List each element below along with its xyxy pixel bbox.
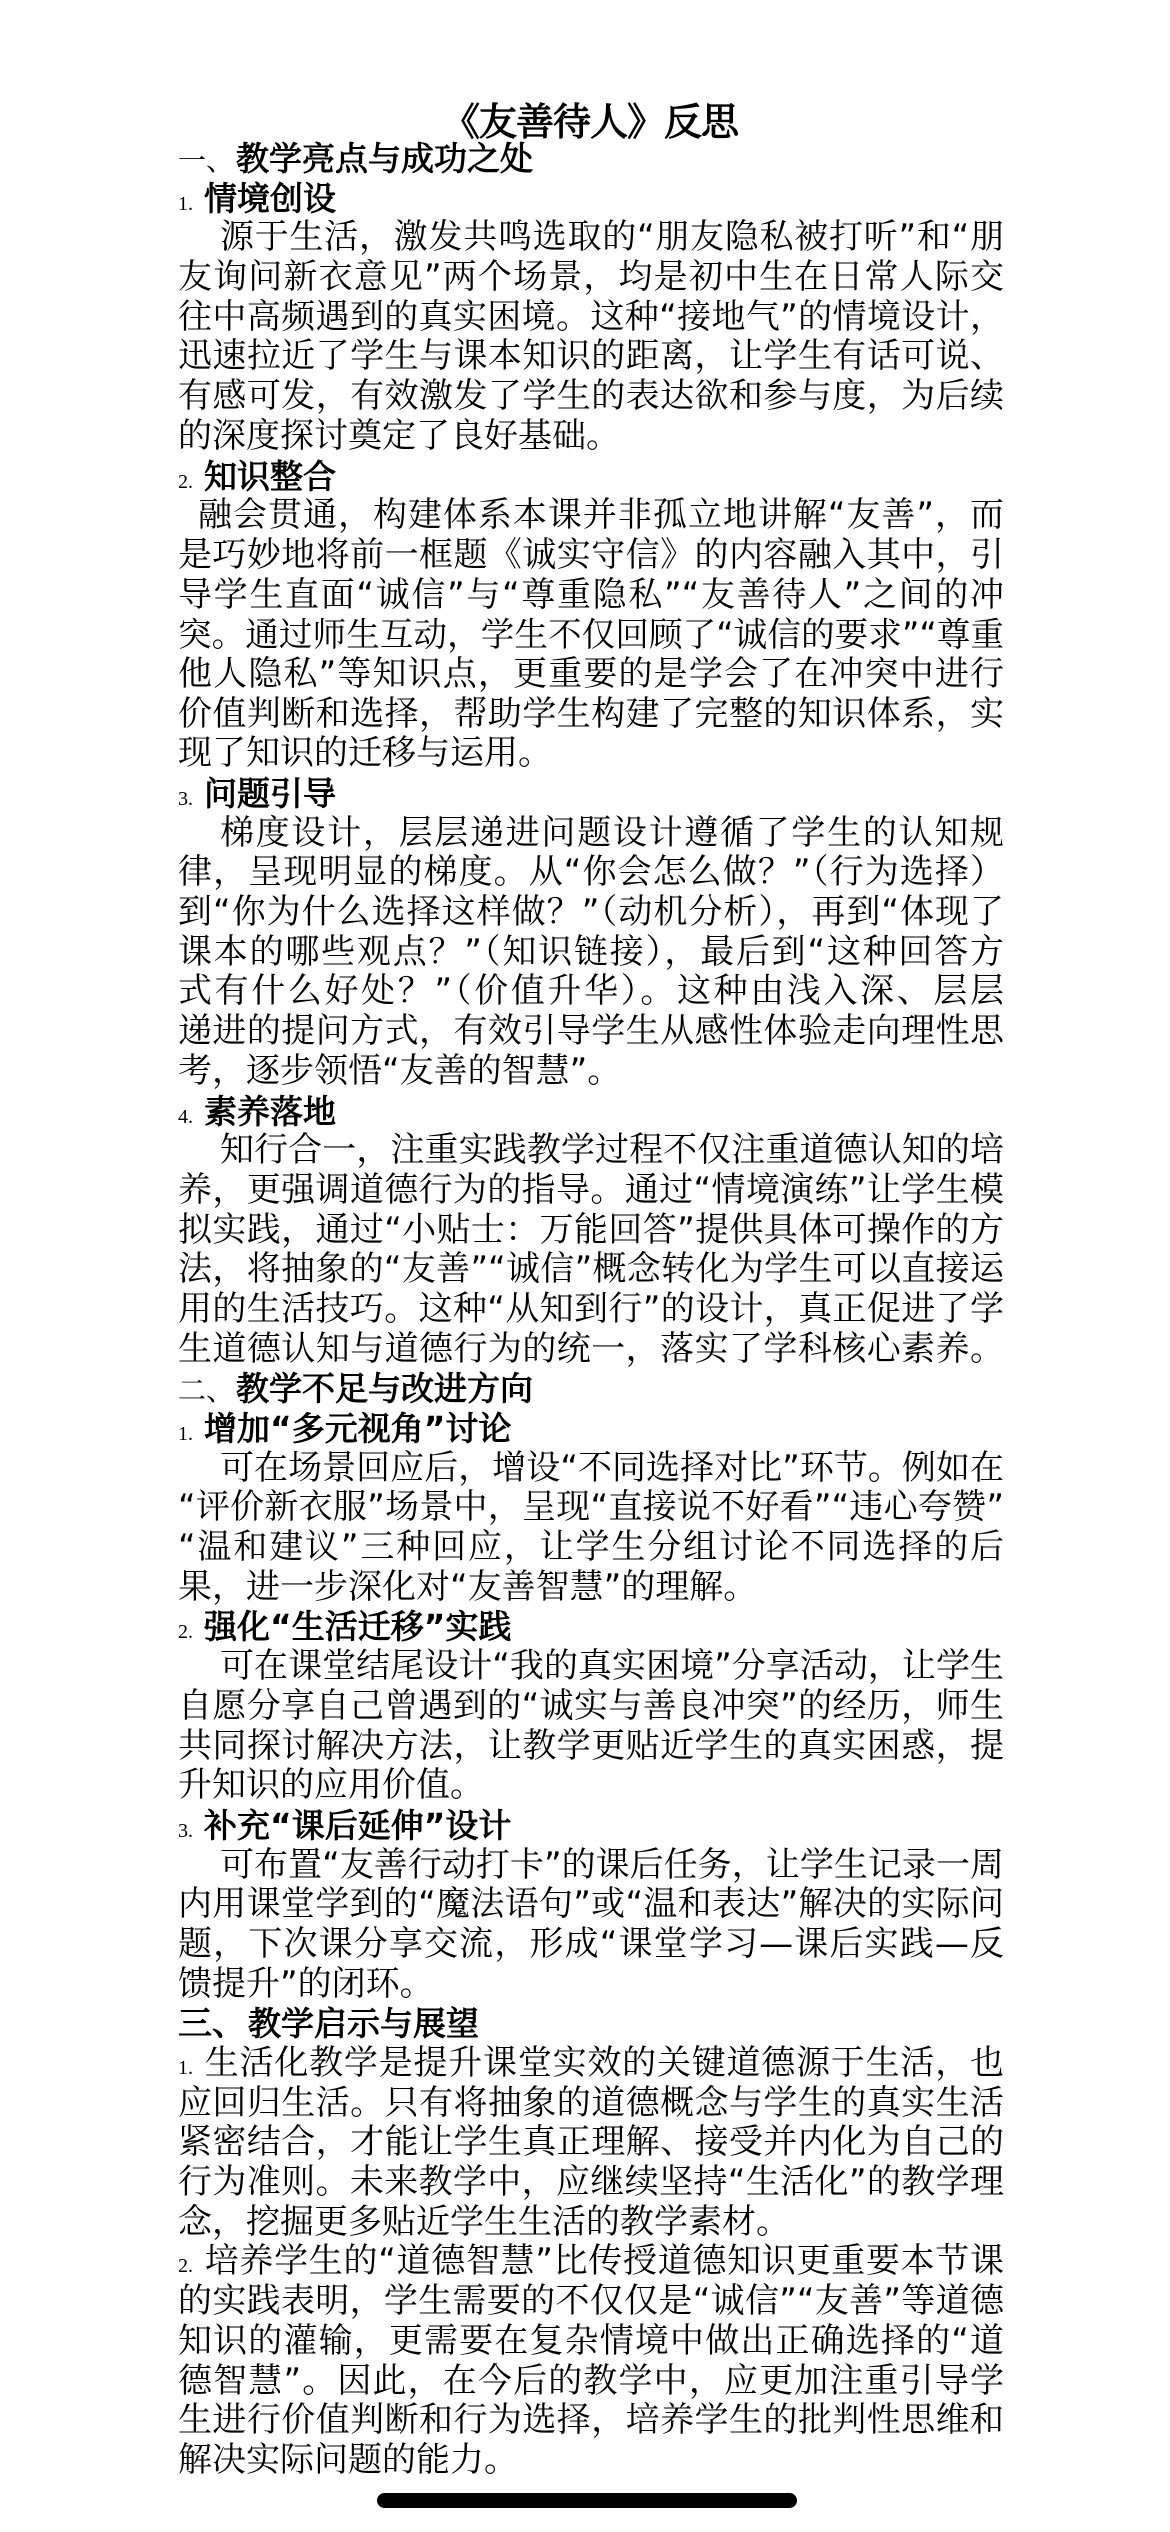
paragraph-line: 融会贯通，构建体系本课并非孤立地讲解“友善”，而 (178, 496, 1004, 536)
paragraph-line: 念，挖掘更多贴近学生生活的教学素材。 (178, 2203, 1004, 2243)
paragraph-line: 自愿分享自己曾遇到的“诚实与善良冲突”的经历，师生 (178, 1687, 1004, 1727)
item-title: 补充“课后延伸”设计 (204, 1806, 511, 1845)
paragraph-line: 突。通过师生互动，学生不仅回顾了“诚信的要求”“尊重 (178, 615, 1004, 655)
item-title: 强化“生活迁移”实践 (204, 1607, 511, 1646)
item-title: 知识整合 (204, 457, 336, 496)
item-heading-1-3: 3.问题引导 (178, 774, 1004, 814)
paragraph-line: 德智慧”。因此，在今后的教学中，应更加注重引导学 (178, 2362, 1004, 2402)
paragraph-line: 现了知识的迁移与运用。 (178, 734, 1004, 774)
paragraph-line: 他人隐私”等知识点，更重要的是学会了在冲突中进行 (178, 655, 1004, 695)
paragraph-line: 馈提升”的闭环。 (178, 1965, 1004, 2005)
paragraph-line: 迅速拉近了学生与课本知识的距离，让学生有话可说、 (178, 337, 1004, 377)
section-heading-3: 三、教学启示与展望 (178, 2004, 1004, 2044)
document-title: 《友善待人》反思 (0, 100, 1170, 144)
item-number: 1. (178, 185, 204, 225)
paragraph-line: 升知识的应用价值。 (178, 1766, 1004, 1806)
paragraph-line: 应回归生活。只有将抽象的道德概念与学生的真实生活 (178, 2084, 1004, 2124)
paragraph-line: 知行合一，注重实践教学过程不仅注重道德认知的培 (178, 1131, 1004, 1171)
section-title: 教学亮点与成功之处 (236, 139, 533, 178)
paragraph-line: 紧密结合，才能让学生真正理解、接受并内化为自己的 (178, 2123, 1004, 2163)
paragraph-line: 导学生直面“诚信”与“尊重隐私”“友善待人”之间的冲 (178, 576, 1004, 616)
item-number: 2. (178, 1613, 204, 1653)
paragraph-line: 用的生活技巧。这种“从知到行”的设计，真正促进了学 (178, 1290, 1004, 1330)
item-heading-1-1: 1.情境创设 (178, 179, 1004, 219)
paragraph-line: “评价新衣服”场景中，呈现“直接说不好看”“违心夸赞” (178, 1488, 1004, 1528)
paragraph-line: 式有什么好处？”（价值升华）。这种由浅入深、层层 (178, 972, 1004, 1012)
item-heading-2-1: 1.增加“多元视角”讨论 (178, 1409, 1004, 1449)
paragraph-line: 递进的提问方式，有效引导学生从感性体验走向理性思 (178, 1012, 1004, 1052)
item-heading-1-4: 4.素养落地 (178, 1092, 1004, 1132)
paragraph-line: 考，逐步领悟“友善的智慧”。 (178, 1052, 1004, 1092)
home-indicator[interactable] (377, 2493, 797, 2508)
section-number: 三、 (178, 2004, 246, 2044)
paragraph-line: 生道德认知与道德行为的统一，落实了学科核心素养。 (178, 1330, 1004, 1370)
item-heading-2-3: 3.补充“课后延伸”设计 (178, 1806, 1004, 1846)
paragraph-line: 律，呈现明显的梯度。从“你会怎么做？”（行为选择） (178, 853, 1004, 893)
paragraph-line: 梯度设计，层层递进问题设计遵循了学生的认知规 (178, 814, 1004, 854)
section-number: 二、 (178, 1374, 234, 1407)
paragraph-line: 共同探讨解决方法，让教学更贴近学生的真实困惑，提 (178, 1727, 1004, 1767)
point-text: 培养学生的“道德智慧”比传授道德知识更重要本节课 (204, 2241, 1004, 2281)
paragraph-line: 价值判断和选择，帮助学生构建了完整的知识体系，实 (178, 695, 1004, 735)
item-title: 增加“多元视角”讨论 (204, 1409, 511, 1448)
section-title: 教学启示与展望 (248, 2004, 479, 2043)
paragraph-line: 源于生活，激发共鸣选取的“朋友隐私被打听”和“朋 (178, 218, 1004, 258)
paragraph-line: 友询问新衣意见”两个场景，均是初中生在日常人际交 (178, 258, 1004, 298)
paragraph-line: 课本的哪些观点？”（知识链接），最后到“这种回答方 (178, 933, 1004, 973)
item-number: 1. (178, 1415, 204, 1455)
item-title: 情境创设 (204, 179, 336, 218)
paragraph-line: 往中高频遇到的真实困境。这种“接地气”的情境设计， (178, 298, 1004, 338)
paragraph-line: 到“你为什么选择这样做？”（动机分析），再到“体现了 (178, 893, 1004, 933)
point-line: 2.培养学生的“道德智慧”比传授道德知识更重要本节课 (178, 2242, 1004, 2282)
document-body: 一、教学亮点与成功之处 1.情境创设 源于生活，激发共鸣选取的“朋友隐私被打听”… (178, 139, 1004, 2481)
paragraph-line: 知识的灌输，更需要在复杂情境中做出正确选择的“道 (178, 2322, 1004, 2362)
point-line: 1.生活化教学是提升课堂实效的关键道德源于生活，也 (178, 2044, 1004, 2084)
item-heading-1-2: 2.知识整合 (178, 457, 1004, 497)
item-number: 3. (178, 780, 204, 820)
paragraph-line: 内用课堂学到的“魔法语句”或“温和表达”解决的实际问 (178, 1885, 1004, 1925)
section-number: 一、 (178, 144, 234, 177)
item-title: 问题引导 (204, 774, 336, 813)
paragraph-line: 的实践表明，学生需要的不仅仅是“诚信”“友善”等道德 (178, 2282, 1004, 2322)
item-heading-2-2: 2.强化“生活迁移”实践 (178, 1607, 1004, 1647)
paragraph-line: 是巧妙地将前一框题《诚实守信》的内容融入其中，引 (178, 536, 1004, 576)
paragraph-line: 解决实际问题的能力。 (178, 2441, 1004, 2481)
section-heading-1: 一、教学亮点与成功之处 (178, 139, 1004, 179)
paragraph-line: 题，下次课分享交流，形成“课堂学习—课后实践—反 (178, 1925, 1004, 1965)
section-title: 教学不足与改进方向 (236, 1369, 533, 1408)
section-heading-2: 二、教学不足与改进方向 (178, 1369, 1004, 1409)
paragraph-line: 有感可发，有效激发了学生的表达欲和参与度，为后续 (178, 377, 1004, 417)
point-text: 生活化教学是提升课堂实效的关键道德源于生活，也 (204, 2043, 1004, 2083)
paragraph-line: 果，进一步深化对“友善智慧”的理解。 (178, 1568, 1004, 1608)
paragraph-line: 行为准则。未来教学中，应继续坚持“生活化”的教学理 (178, 2163, 1004, 2203)
paragraph-line: 法，将抽象的“友善”“诚信”概念转化为学生可以直接运 (178, 1250, 1004, 1290)
paragraph-line: 可布置“友善行动打卡”的课后任务，让学生记录一周 (178, 1846, 1004, 1886)
paragraph-line: “温和建议”三种回应，让学生分组讨论不同选择的后 (178, 1528, 1004, 1568)
paragraph-line: 的深度探讨奠定了良好基础。 (178, 417, 1004, 457)
paragraph-line: 可在场景回应后，增设“不同选择对比”环节。例如在 (178, 1449, 1004, 1489)
paragraph-line: 拟实践，通过“小贴士：万能回答”提供具体可操作的方 (178, 1211, 1004, 1251)
item-title: 素养落地 (204, 1092, 336, 1131)
item-number: 4. (178, 1098, 204, 1138)
paragraph-line: 可在课堂结尾设计“我的真实困境”分享活动，让学生 (178, 1647, 1004, 1687)
item-number: 3. (178, 1812, 204, 1852)
paragraph-line: 生进行价值判断和行为选择，培养学生的批判性思维和 (178, 2401, 1004, 2441)
paragraph-line: 养，更强调道德行为的指导。通过“情境演练”让学生模 (178, 1171, 1004, 1211)
